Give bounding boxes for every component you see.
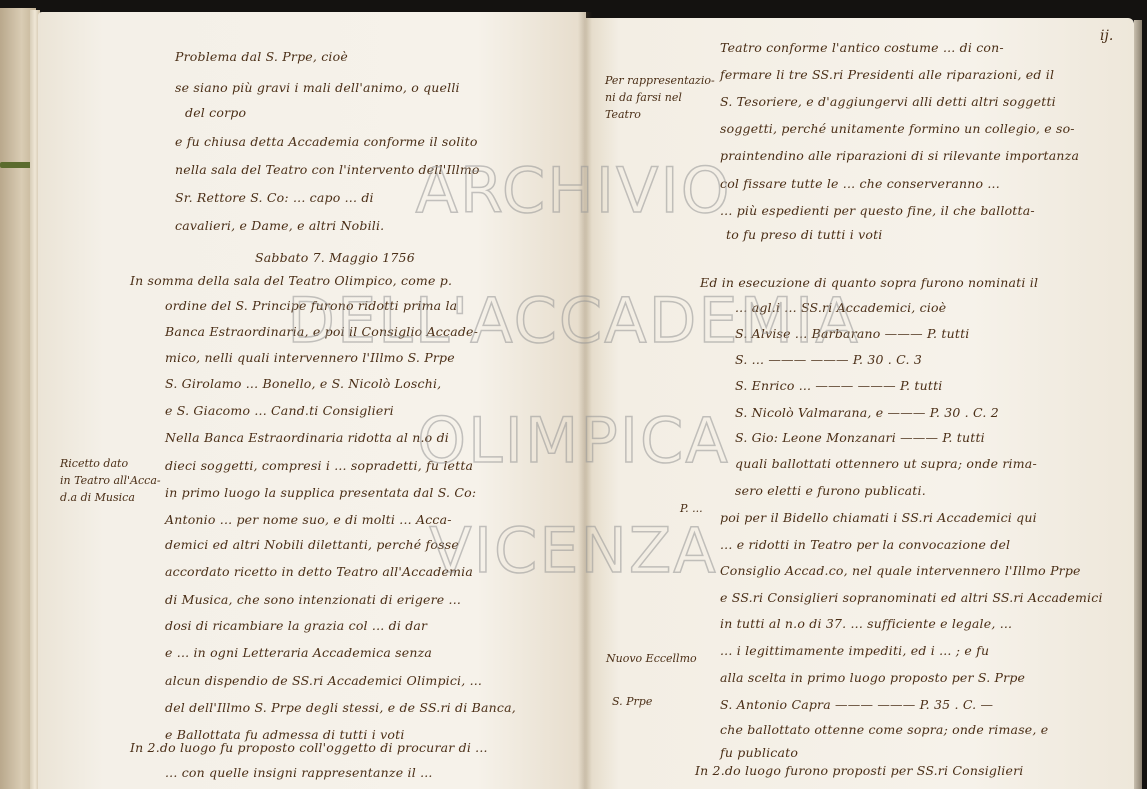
manuscript-line: soggetti, perché unitamente formino un c… [720,121,1075,136]
margin-note: S. Prpe [612,693,652,710]
manuscript-line: Banca Estraordinaria, e poi il Consiglio… [165,324,478,339]
manuscript-line: Antonio ... per nome suo, e di molti ...… [165,512,452,527]
binding-tie [0,162,34,168]
manuscript-line: ... con quelle insigni rappresentanze il… [165,765,433,780]
manuscript-line: ... i legittimamente impediti, ed i ... … [720,643,989,658]
manuscript-line: e SS.ri Consiglieri sopranominati ed alt… [720,590,1103,605]
manuscript-line: ... e ridotti in Teatro per la convocazi… [720,537,1010,552]
manuscript-line: cavalieri, e Dame, e altri Nobili. [175,218,384,233]
manuscript-line: S. Girolamo ... Bonello, e S. Nicolò Los… [165,376,441,391]
manuscript-line: In 2.do luogo fu proposto coll'oggetto d… [130,740,488,755]
manuscript-line: ... agl.i ... SS.ri Accademici, cioè [735,300,946,315]
manuscript-line: to fu preso di tutti i voti [726,227,883,242]
manuscript-line: di Musica, che sono intenzionati di erig… [165,592,461,607]
page-number: ij. [1100,28,1113,44]
right-page-edge [1134,20,1142,789]
manuscript-line: del corpo [185,105,246,120]
manuscript-line: S. Antonio Capra ——— ——— P. 35 . C. — [720,697,993,712]
manuscript-line: fu publicato [720,745,798,760]
manuscript-line: poi per il Bidello chiamati i SS.ri Acca… [720,510,1037,525]
manuscript-line: in tutti al n.o di 37. ... sufficiente e… [720,616,1012,631]
manuscript-line: S. Nicolò Valmarana, e ——— P. 30 . C. 2 [735,405,999,420]
manuscript-line: sero eletti e furono publicati. [735,483,926,498]
margin-note: Per rappresentazio- ni da farsi nel Teat… [605,72,715,123]
manuscript-line: In somma della sala del Teatro Olimpico,… [130,273,452,288]
manuscript-line: Nella Banca Estraordinaria ridotta al n.… [165,430,449,445]
manuscript-line: del dell'Illmo S. Prpe degli stessi, e d… [165,700,516,715]
manuscript-line: Consiglio Accad.co, nel quale intervenne… [720,563,1081,578]
manuscript-line: dosi di ricambiare la grazia col ... di … [165,618,427,633]
manuscript-line: quali ballottati ottennero ut supra; ond… [735,456,1037,471]
manuscript-line: che ballottato ottenne come sopra; onde … [720,722,1048,737]
manuscript-line: accordato ricetto in detto Teatro all'Ac… [165,564,473,579]
manuscript-line: dieci soggetti, compresi i ... sopradett… [165,458,473,473]
margin-note: P. ... [680,500,706,517]
manuscript-line: e S. Giacomo ... Cand.ti Consiglieri [165,403,394,418]
margin-note: Nuovo Eccellmo [606,650,697,667]
manuscript-line: alcun dispendio de SS.ri Accademici Olim… [165,673,482,688]
manuscript-line: e ... in ogni Letteraria Accademica senz… [165,645,432,660]
manuscript-line: nella sala del Teatro con l'intervento d… [175,162,480,177]
manuscript-line: mico, nelli quali intervennero l'Illmo S… [165,350,455,365]
manuscript-line: Sr. Rettore S. Co: ... capo ... di [175,190,374,205]
manuscript-line: se siano più gravi i mali dell'animo, o … [175,80,460,95]
manuscript-line: Problema dal S. Prpe, cioè [175,49,348,64]
manuscript-line: fermare li tre SS.ri Presidenti alle rip… [720,67,1054,82]
manuscript-line: Teatro conforme l'antico costume ... di … [720,40,1004,55]
manuscript-line: alla scelta in primo luogo proposto per … [720,670,1025,685]
manuscript-line: e fu chiusa detta Accademia conforme il … [175,134,478,149]
manuscript-line: S. ... ——— ——— P. 30 . C. 3 [735,352,922,367]
manuscript-line: S. Gio: Leone Monzanari ——— P. tutti [735,430,985,445]
manuscript-line: col fissare tutte le ... che conserveran… [720,176,1000,191]
manuscript-line: In 2.do luogo furono proposti per SS.ri … [695,763,1023,778]
book-gutter [578,12,592,789]
margin-note: Ricetto dato in Teatro all'Acca- d.a di … [60,455,161,506]
manuscript-line: S. Enrico ... ——— ——— P. tutti [735,378,943,393]
manuscript-line: Ed in esecuzione di quanto sopra furono … [700,275,1038,290]
manuscript-line: demici ed altri Nobili dilettanti, perch… [165,537,459,552]
manuscript-line: S. Tesoriere, e d'aggiungervi alli detti… [720,94,1056,109]
manuscript-line: ... più espedienti per questo fine, il c… [720,203,1035,218]
manuscript-line: in primo luogo la supplica presentata da… [165,485,476,500]
manuscript-line: ordine del S. Principe furono ridotti pr… [165,298,457,313]
manuscript-line: S. Alvise ... Barbarano ——— P. tutti [735,326,970,341]
manuscript-line: Sabbato 7. Maggio 1756 [255,250,415,265]
manuscript-line: praintendino alle riparazioni di si rile… [720,148,1079,163]
